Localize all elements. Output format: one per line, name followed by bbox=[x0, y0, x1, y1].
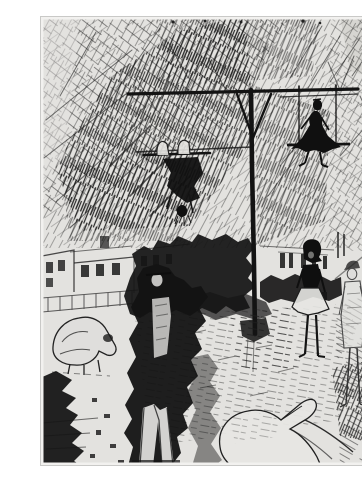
woman-hair bbox=[303, 239, 322, 263]
man-face bbox=[152, 274, 163, 287]
woman-torso bbox=[301, 264, 321, 289]
etching-artwork: Black-and-white etching of a street scen… bbox=[40, 16, 362, 466]
youth-head bbox=[347, 268, 357, 279]
etching-canvas bbox=[40, 16, 362, 466]
